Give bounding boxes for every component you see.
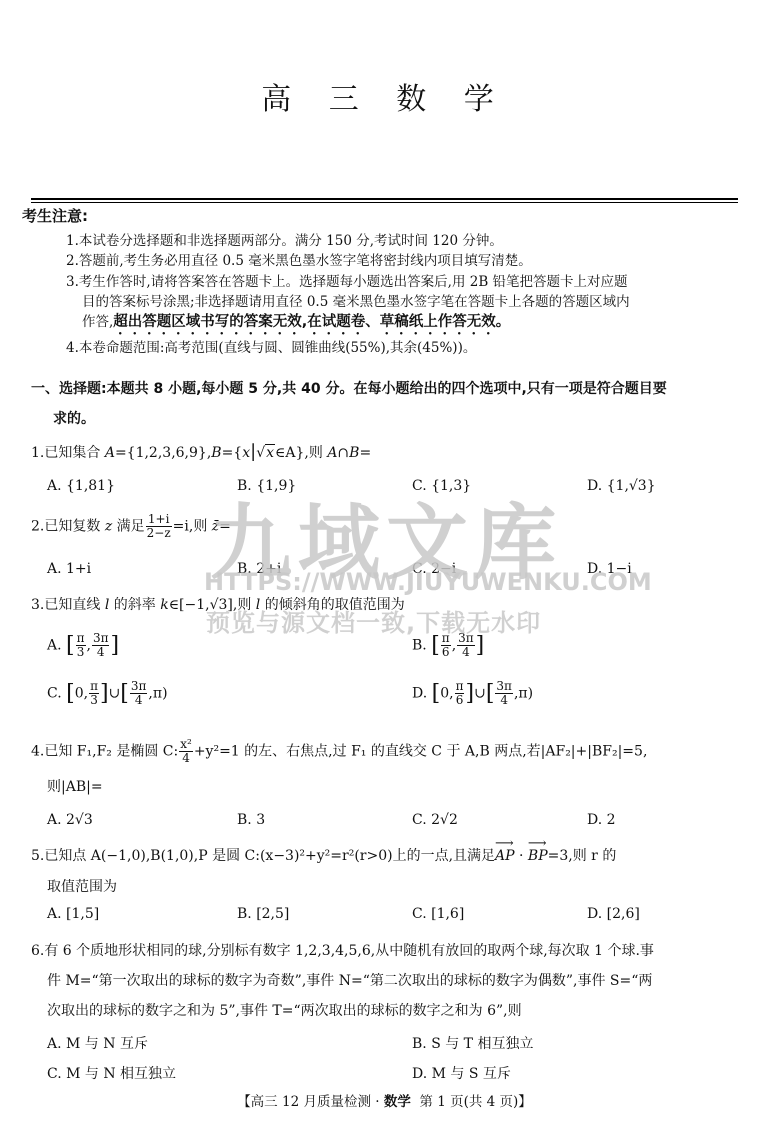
question-5-stem-line2: 取值范围为	[47, 876, 117, 896]
question-5-option-c[interactable]: C. [1,6]	[412, 906, 464, 922]
question-5-option-d[interactable]: D. [2,6]	[587, 906, 640, 922]
question-6-option-a[interactable]: A. M 与 N 互斥	[47, 1033, 148, 1053]
question-5-option-a[interactable]: A. [1,5]	[47, 906, 99, 922]
question-5-stem: 5.已知点 A(−1,0),B(1,0),P 是圆 C:(x−3)²+y²=r²…	[31, 845, 616, 865]
question-1-stem: 1.已知集合 A={1,2,3,6,9},B={x|√x∈A},则 A∩B=	[31, 441, 371, 462]
question-4-option-b[interactable]: B. 3	[237, 812, 265, 828]
notice-item-3-line2: 目的答案标号涂黑;非选择题请用直径 0.5 毫米黑色墨水签字笔在答题卡上各题的答…	[82, 290, 630, 310]
notice-emphasis: 超出答题区域书写的答案无效,在试题卷、草稿纸上作答无效。	[113, 314, 510, 330]
question-4-option-d[interactable]: D. 2	[587, 812, 616, 828]
notice-item-3-line3: 作答,超出答题区域书写的答案无效,在试题卷、草稿纸上作答无效。	[82, 310, 510, 338]
question-2-stem: 2.已知复数 z 满足1+i2−z=i,则 z̄=	[31, 513, 231, 540]
question-1-option-d[interactable]: D. {1,√3}	[587, 478, 656, 494]
header-rule-top	[31, 198, 738, 200]
section-heading-cont: 求的。	[53, 408, 95, 428]
question-3-stem: 3.已知直线 l 的斜率 k∈[−1,√3],则 l 的倾斜角的取值范围为	[31, 594, 405, 614]
question-6-stem-line2: 件 M=“第一次取出的球标的数字为奇数”,事件 N=“第二次取出的球标的数字为偶…	[47, 970, 652, 990]
page-title: 高 三 数 学	[0, 74, 769, 118]
notice-item-3: 3.考生作答时,请将答案答在答题卡上。选择题每小题选出答案后,用 2B 铅笔把答…	[66, 270, 628, 290]
section-heading: 一、选择题:本题共 8 小题,每小题 5 分,共 40 分。在每小题给出的四个选…	[31, 378, 667, 398]
question-2-option-d[interactable]: D. 1−i	[587, 561, 632, 577]
question-3-option-c[interactable]: C. [0,π3]∪[3π4,π)	[47, 680, 168, 707]
question-6-option-c[interactable]: C. M 与 N 相互独立	[47, 1063, 176, 1083]
question-2-option-a[interactable]: A. 1+i	[47, 561, 91, 577]
question-6-option-d[interactable]: D. M 与 S 互斥	[412, 1063, 511, 1083]
notice-heading: 考生注意:	[22, 205, 88, 226]
fraction: 1+i2−z	[146, 513, 172, 540]
vector-bp: BP	[528, 848, 548, 864]
question-6-option-b[interactable]: B. S 与 T 相互独立	[412, 1033, 533, 1053]
notice-item-2: 2.答题前,考生务必用直径 0.5 毫米黑色墨水签字笔将密封线内项目填写清楚。	[66, 249, 532, 269]
question-1-option-a[interactable]: A. {1,81}	[47, 478, 115, 494]
question-1-option-b[interactable]: B. {1,9}	[237, 478, 296, 494]
question-6-stem: 6.有 6 个质地形状相同的球,分别标有数字 1,2,3,4,5,6,从中随机有…	[31, 940, 654, 960]
question-3-option-d[interactable]: D. [0,π6]∪[3π4,π)	[412, 680, 533, 707]
question-5-option-b[interactable]: B. [2,5]	[237, 906, 289, 922]
notice-item-1: 1.本试卷分选择题和非选择题两部分。满分 150 分,考试时间 120 分钟。	[66, 229, 503, 249]
page-footer: 【高三 12 月质量检测 · 数学 第 1 页(共 4 页)】	[0, 1090, 769, 1110]
question-3-option-a[interactable]: A. [π3,3π4]	[47, 632, 119, 659]
watermark-logo-text: 九域文库	[210, 478, 562, 595]
question-4-stem: 4.已知 F₁,F₂ 是椭圆 C:x²4+y²=1 的左、右焦点,过 F₁ 的直…	[31, 738, 647, 765]
question-3-option-b[interactable]: B. [π6,3π4]	[412, 632, 484, 659]
question-4-option-a[interactable]: A. 2√3	[47, 812, 93, 828]
question-4-stem-line2: 则|AB|=	[47, 776, 103, 796]
header-rule-bottom	[31, 202, 738, 203]
vector-ap: AP	[495, 848, 515, 864]
notice-item-4: 4.本卷命题范围:高考范围(直线与圆、圆锥曲线(55%),其余(45%))。	[66, 336, 476, 356]
question-2-option-b[interactable]: B. 2+i	[237, 561, 281, 577]
question-4-option-c[interactable]: C. 2√2	[412, 812, 458, 828]
question-1-option-c[interactable]: C. {1,3}	[412, 478, 471, 494]
notice-item-3-prefix: 作答,	[82, 314, 113, 330]
question-2-option-c[interactable]: C. 2−i	[412, 561, 456, 577]
question-6-stem-line3: 次取出的球标的数字之和为 5”,事件 T=“两次取出的球标的数字之和为 6”,则	[47, 1000, 522, 1020]
